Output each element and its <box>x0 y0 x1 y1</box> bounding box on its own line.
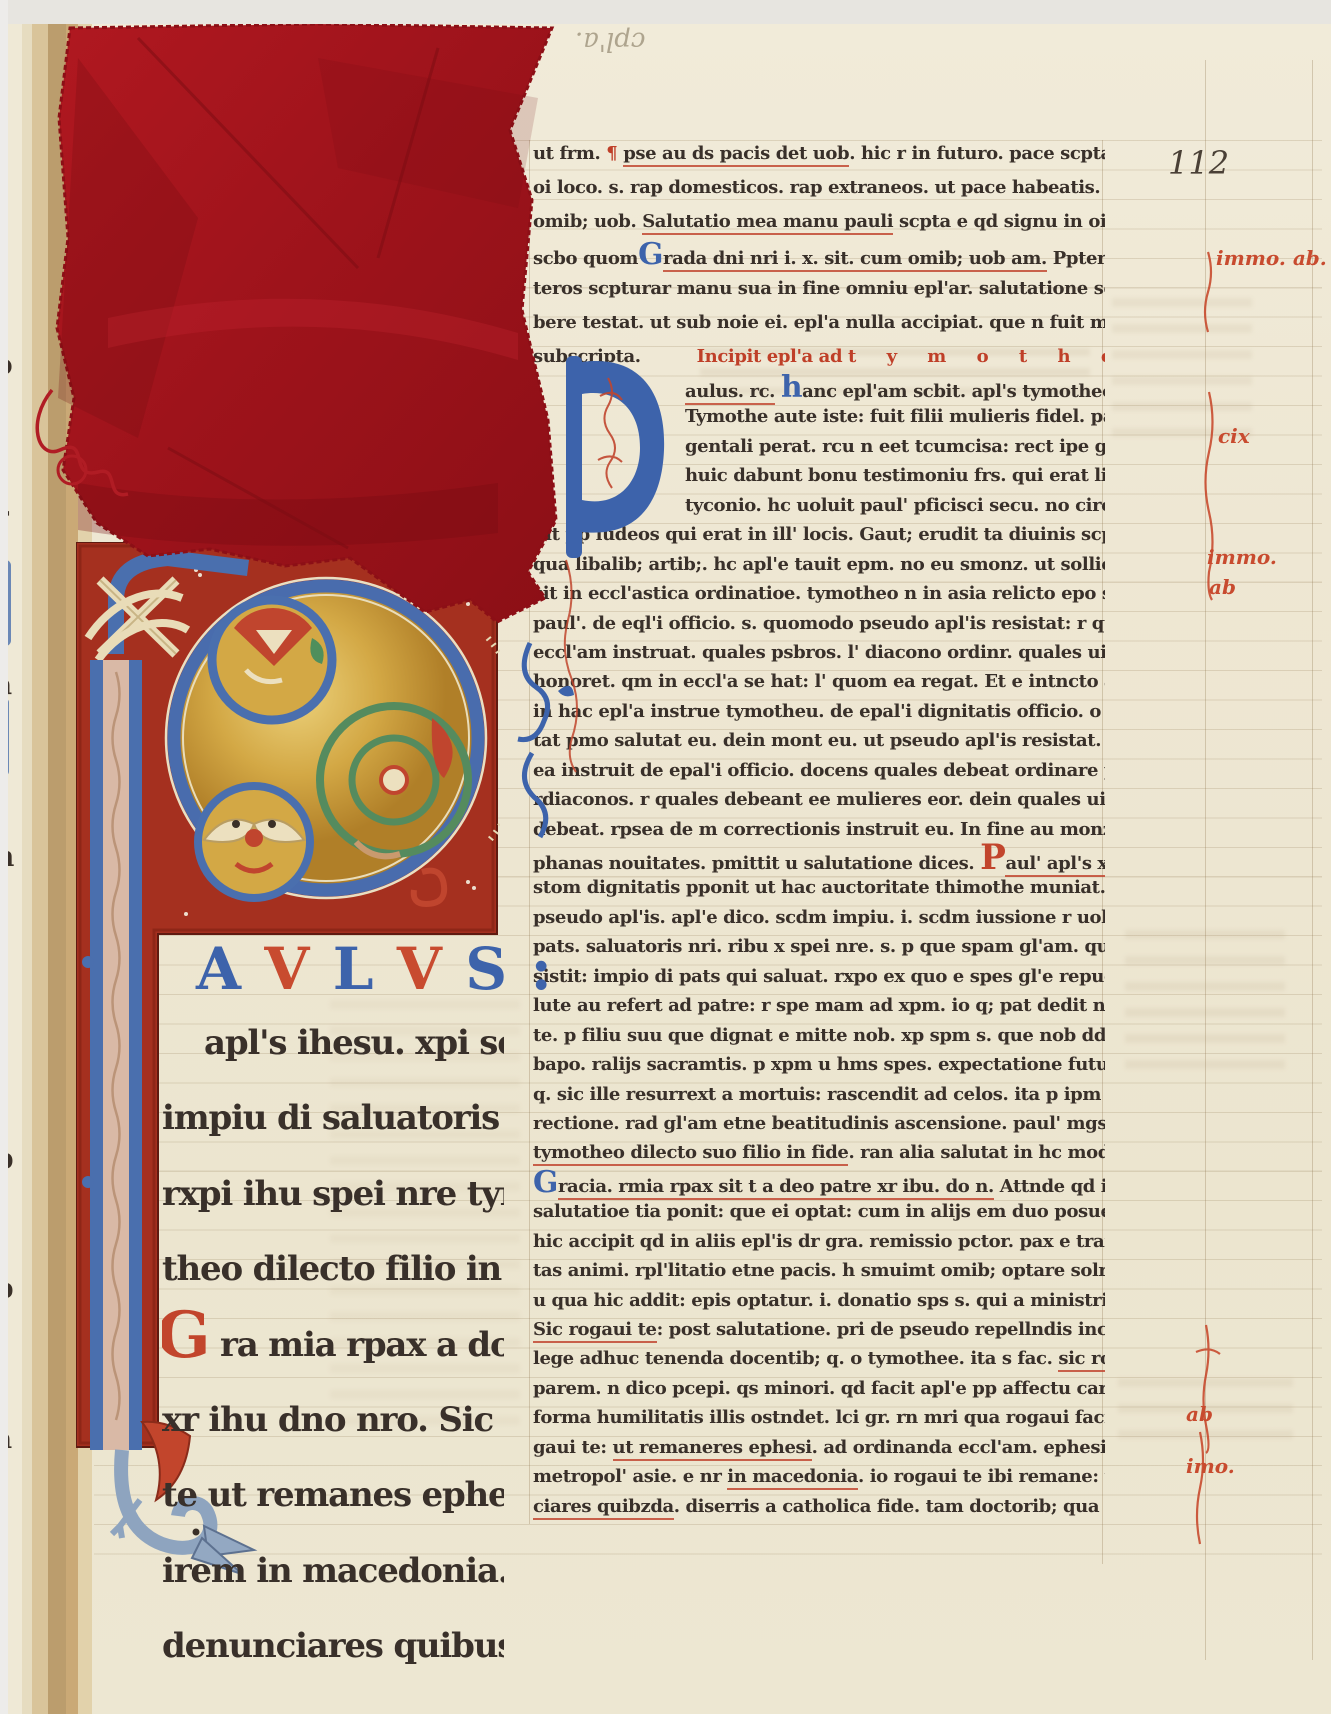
margin-note: cix <box>1218 424 1250 448</box>
display-letter: V <box>397 936 442 1002</box>
text-line: ea instruit de epal'i officio. docens qu… <box>533 756 1105 785</box>
text-line: sit in eccl'astica ordinatioe. tymotheo … <box>533 579 1105 608</box>
text-line: pats. saluatoris nri. ribu x spei nre. s… <box>533 932 1105 961</box>
epistle-text-column: apl's ihesu. xpi secunduimpiu di saluato… <box>162 1006 504 1694</box>
text-line: pseudo apl'is. apl'e dico. scdm impiu. i… <box>533 903 1105 932</box>
text-line: paul'. de eql'i officio. s. quomodo pseu… <box>533 609 1105 638</box>
text-line: lege adhuc tenenda docentib; q. o tymoth… <box>533 1344 1105 1373</box>
margin-note: imo. <box>1186 1454 1235 1478</box>
text-line: apl's ihesu. xpi secundu <box>162 1006 504 1081</box>
display-letter: S <box>465 936 507 1002</box>
text-line: Sic rogaui te: post salutatione. pri de … <box>533 1315 1105 1344</box>
text-line: lute au refert ad patre: r spe mam ad xp… <box>533 991 1105 1020</box>
commentary-column-end-of-thessalonians: ut frm. ¶ pse au ds pacis det uob. hic r… <box>533 137 1105 374</box>
ruling-vertical <box>1312 60 1313 1660</box>
text-line: forma humilitatis illis ostndet. lci gr.… <box>533 1403 1105 1432</box>
text-line: bapo. ralijs sacramtis. p xpm u hms spes… <box>533 1050 1105 1079</box>
red-silk-curtain <box>18 18 608 668</box>
text-line: rectione. rad gl'am etne beatitudinis as… <box>533 1109 1105 1138</box>
display-word-paulus: AVLVS: <box>196 936 552 1002</box>
display-colon: : <box>531 936 552 1002</box>
text-line: ut frm. ¶ pse au ds pacis det uob. hic r… <box>533 137 1105 171</box>
text-line: tat pmo salutat eu. dein mont eu. ut pse… <box>533 726 1105 755</box>
text-line: oi loco. s. rap domesticos. rap extraneo… <box>533 171 1105 205</box>
text-line: tas animi. rpl'litatio etne pacis. h smu… <box>533 1256 1105 1285</box>
text-line: tymotheo dilecto suo filio in fide. ran … <box>533 1138 1105 1167</box>
text-line: rxpi ihu spei nre tymo <box>162 1157 504 1232</box>
text-line: eccl'am instruat. quales psbros. l' diac… <box>533 638 1105 667</box>
text-line: gaui te: ut remaneres ephesi. ad ordinan… <box>533 1433 1105 1462</box>
text-line: u qua hic addit: epis optatur. i. donati… <box>533 1286 1105 1315</box>
text-line: irem in macedonia. ut <box>162 1534 504 1609</box>
display-letter: L <box>333 936 374 1002</box>
text-line: debeat. rpsea de m correctionis instruit… <box>533 815 1105 844</box>
margin-note: immo. <box>1207 545 1277 569</box>
text-line: ciares quibzda. diserris a catholica fid… <box>533 1492 1105 1521</box>
text-line: stom dignitatis pponit ut hac auctoritat… <box>533 873 1105 902</box>
text-line: bere testat. ut sub noie ei. epl'a nulla… <box>533 306 1105 340</box>
folio-number: 112 <box>1168 144 1229 182</box>
text-line: salutatioe tia ponit: que ei optat: cum … <box>533 1197 1105 1226</box>
photo-background-top <box>0 0 1331 24</box>
text-line: parem. n dico pcepi. qs minori. qd facit… <box>533 1374 1105 1403</box>
text-line: rdiaconos. r quales debeant ee mulieres … <box>533 785 1105 814</box>
text-line: teros scpturar manu sua in fine omniu ep… <box>533 272 1105 306</box>
margin-note: ab <box>1186 1402 1213 1426</box>
text-line: sistit: impio di pats qui saluat. rxpo e… <box>533 962 1105 991</box>
text-line: in hac epl'a instrue tymotheu. de epal'i… <box>533 697 1105 726</box>
display-letter: V <box>264 936 309 1002</box>
margin-note: immo. ab. <box>1216 246 1327 270</box>
text-line: metropol' asie. e nr in macedonia. io ro… <box>533 1462 1105 1491</box>
text-line: impiu di saluatoris nri <box>162 1081 504 1156</box>
text-line: honoret. qm in eccl'a se hat: l' quom ea… <box>533 667 1105 696</box>
text-line: xr ihu dno nro. Sic rogaui <box>162 1383 504 1458</box>
manuscript-photo: { "page": { "folio_number": "112", "top_… <box>0 0 1331 1714</box>
margin-note: ab <box>1209 575 1236 599</box>
text-line: te ut remanes ephesi. cu <box>162 1458 504 1533</box>
text-line: denunciares quibusda <box>162 1609 504 1684</box>
text-line: q. sic ille resurrext a mortuis: rascend… <box>533 1080 1105 1109</box>
display-letter: A <box>196 936 241 1002</box>
text-line: hic accipit qd in aliis epl'is dr gra. r… <box>533 1227 1105 1256</box>
photo-background-left <box>0 0 8 1714</box>
text-line: phanas nouitates. pmittit u salutatione … <box>533 844 1105 873</box>
text-line: theo dilecto filio in fide: <box>162 1232 504 1307</box>
text-line: omib; uob. Salutatio mea manu pauli scpt… <box>533 205 1105 239</box>
text-line: Gracia. rmia rpax sit t a deo patre xr i… <box>533 1168 1105 1197</box>
text-line: scbo quomGrada dni nri i. x. sit. cum om… <box>533 238 1105 272</box>
text-line: te. p filiu suu que dignat e mitte nob. … <box>533 1021 1105 1050</box>
text-line: Gra mia rpax a do patre <box>162 1308 504 1383</box>
